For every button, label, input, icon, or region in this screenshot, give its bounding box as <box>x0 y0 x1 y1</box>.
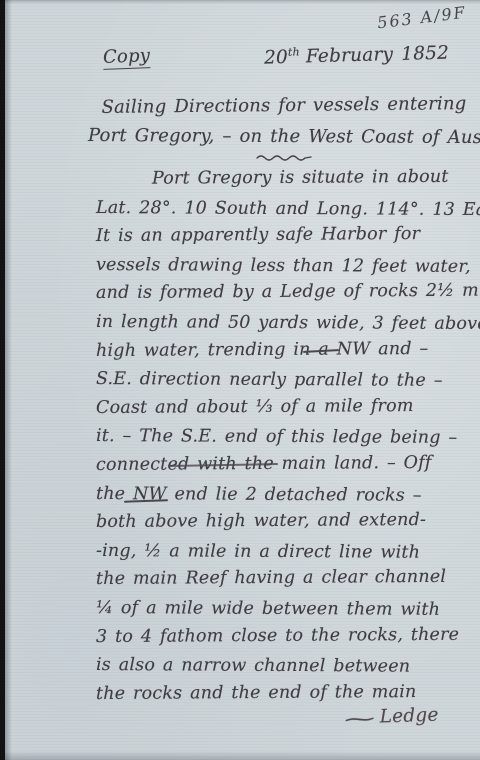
body-text: Port Gregory is situate in about Lat. 28… <box>96 165 478 708</box>
manuscript-line: the rocks and the end of the main <box>96 677 478 708</box>
manuscript-line: It is an apparently safe Harbor for <box>96 220 478 251</box>
title-block: Sailing Directions for vessels entering … <box>88 90 480 161</box>
date-day: 20 <box>264 47 288 69</box>
manuscript-line: 3 to 4 fathom close to the rocks, there <box>96 620 478 651</box>
manuscript-line: Coast and about ⅓ of a mile from <box>96 391 478 422</box>
manuscript-line: and is formed by a Ledge of rocks 2½ mil… <box>96 277 478 308</box>
manuscript-line: connected with the main land. – Off <box>96 449 478 480</box>
date-ordinal: th <box>288 45 300 58</box>
copy-label-text: Copy <box>103 45 151 70</box>
scan-left-edge-shadow <box>5 0 12 760</box>
copy-label: Copy <box>103 45 151 68</box>
date-month-year: February 1852 <box>306 43 450 68</box>
catchword-text: Ledge <box>379 704 439 727</box>
catchword-flourish: ~ <box>341 709 379 731</box>
title-line-2: Port Gregory, – on the West Coast of Aus… <box>88 120 480 153</box>
title-flourish-underline <box>256 153 312 161</box>
bottom-edge-shadow <box>0 751 480 760</box>
manuscript-line: both above high water, and extend- <box>96 506 478 537</box>
manuscript-line: in length and 50 yards wide, 3 feet abov… <box>96 308 478 339</box>
manuscript-line: ¼ of a mile wide between them with <box>96 594 478 625</box>
manuscript-line: the main Reef having a clear channel <box>96 563 478 594</box>
manuscript-line: Port Gregory is situate in about <box>96 163 478 194</box>
manuscript-line: high water, trending in a NW and – <box>96 334 478 365</box>
archive-reference: 563 A/9F <box>376 3 468 33</box>
date-line: 20thFebruary 1852 <box>264 42 450 69</box>
catchword: ~Ledge <box>352 704 439 728</box>
manuscript-page: 563 A/9F Copy 20thFebruary 1852 Sailing … <box>0 0 480 760</box>
top-edge-shadow <box>0 0 480 4</box>
title-line-1: Sailing Directions for vessels entering <box>88 88 480 123</box>
